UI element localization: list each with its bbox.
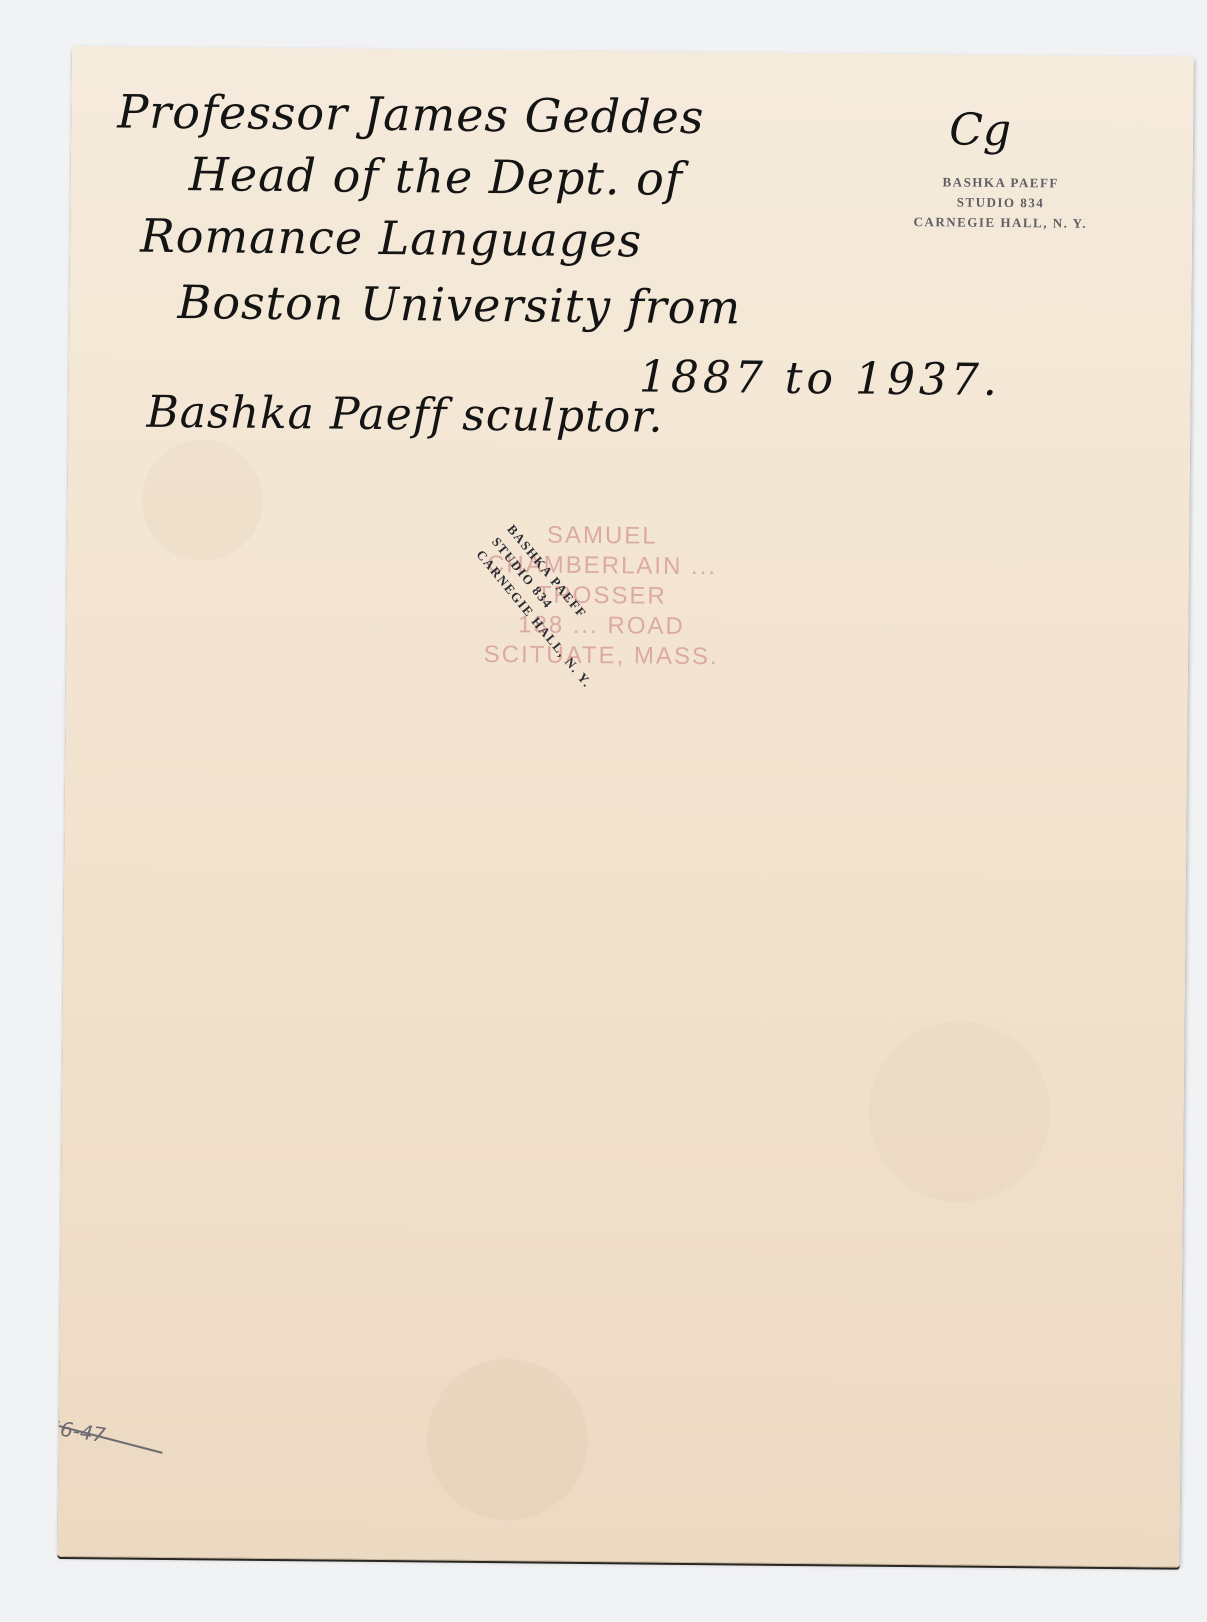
- photo-card-back: Professor James Geddes Head of the Dept.…: [58, 46, 1194, 1567]
- handwritten-initials: Cg: [949, 104, 1011, 156]
- stamp-line: CARNEGIE HALL, N. Y.: [890, 212, 1110, 234]
- stamp-line: BASHKA PAEFF: [891, 172, 1111, 194]
- inscription-line-4: Boston University from: [177, 275, 741, 334]
- inscription-line-1: Professor James Geddes: [117, 84, 705, 144]
- inscription-line-5: 1887 to 1937.: [639, 351, 1002, 405]
- inscription-line-3: Romance Languages: [140, 209, 642, 268]
- pencil-note: 7846-47 84: [58, 1412, 107, 1468]
- stamp-line: STUDIO 834: [890, 192, 1110, 214]
- inscription-line-2: Head of the Dept. of: [189, 147, 684, 206]
- pencil-note-line: 7846-47: [58, 1412, 107, 1446]
- studio-stamp-top: BASHKA PAEFF STUDIO 834 CARNEGIE HALL, N…: [890, 172, 1111, 234]
- inscription-line-6: Bashka Paeff sculptor.: [146, 387, 663, 443]
